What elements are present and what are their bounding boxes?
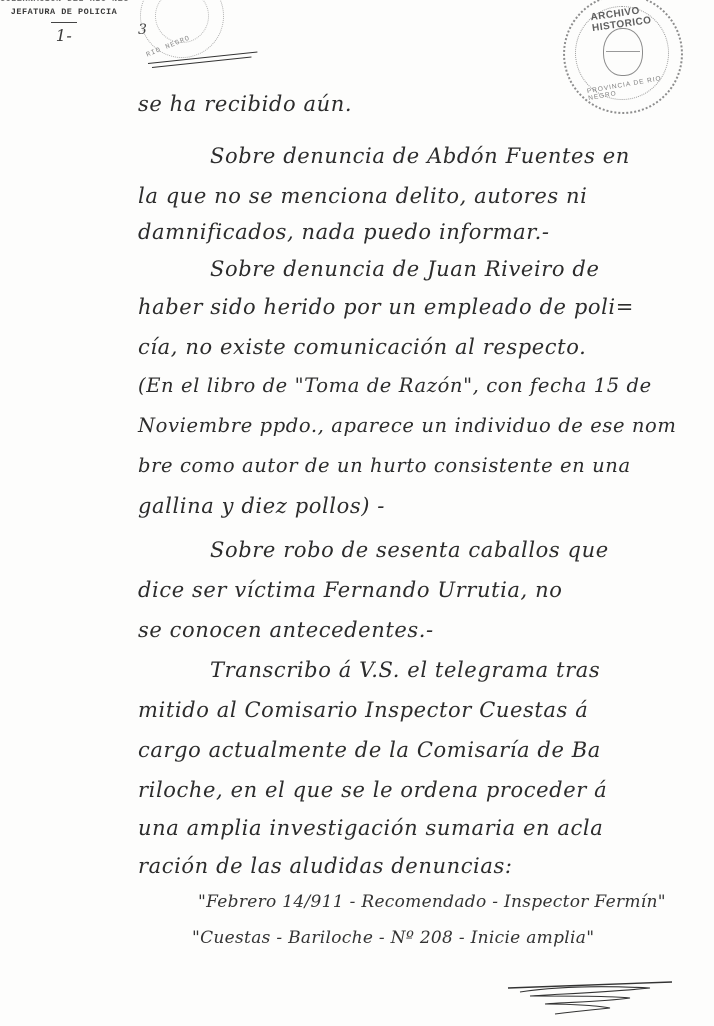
- seal-stamp-icon: RIO NEGRO: [140, 0, 224, 58]
- text-line: damnificados, nada puedo informar.-: [138, 220, 550, 244]
- text-line: Sobre denuncia de Juan Riveiro de: [210, 257, 600, 281]
- coat-of-arms-icon: [603, 28, 643, 76]
- text-line: bre como autor de un hurto consistente e…: [138, 454, 631, 477]
- text-line: se conocen antecedentes.-: [138, 618, 434, 642]
- text-line: Noviembre ppdo., aparece un individuo de…: [138, 414, 677, 437]
- text-line: Sobre robo de sesenta caballos que: [210, 538, 609, 562]
- document-page: GOBERNACION DEL RIO NEGRO JEFATURA DE PO…: [0, 0, 714, 1026]
- folio-number: 1-: [0, 26, 128, 45]
- archive-stamp-icon: ARCHIVO HISTORICO PROVINCIA DE RIO NEGRO: [563, 0, 683, 114]
- letterhead-rule: [51, 22, 77, 23]
- text-line: cargo actualmente de la Comisaría de Ba: [138, 738, 601, 762]
- text-line: la que no se menciona delito, autores ni: [138, 184, 587, 208]
- text-line: cía, no existe comunicación al respecto.: [138, 335, 586, 359]
- closing-flourish-icon: [500, 980, 680, 1020]
- text-line: Sobre denuncia de Abdón Fuentes en: [210, 144, 630, 168]
- text-line: dice ser víctima Fernando Urrutia, no: [138, 578, 562, 602]
- telegram-line: "Cuestas - Bariloche - Nº 208 - Inicie a…: [192, 928, 594, 948]
- text-line: se ha recibido aún.: [138, 92, 352, 116]
- text-line: una amplia investigación sumaria en acla: [138, 816, 603, 840]
- text-line: mitido al Comisario Inspector Cuestas á: [138, 698, 588, 722]
- text-line: ración de las aludidas denuncias:: [138, 854, 513, 878]
- text-line: haber sido herido por un empleado de pol…: [138, 295, 634, 319]
- text-line: riloche, en el que se le ordena proceder…: [138, 778, 607, 802]
- text-line: Transcribo á V.S. el telegrama tras: [210, 658, 600, 682]
- telegram-line: "Febrero 14/911 - Recomendado - Inspecto…: [198, 892, 666, 912]
- letterhead-line-1: GOBERNACION DEL RIO NEGRO: [0, 0, 128, 4]
- letterhead-line-2: JEFATURA DE POLICIA: [0, 7, 128, 17]
- letterhead: GOBERNACION DEL RIO NEGRO JEFATURA DE PO…: [0, 0, 128, 45]
- text-line: (En el libro de "Toma de Razón", con fec…: [138, 374, 652, 397]
- text-line: gallina y diez pollos) -: [138, 494, 385, 518]
